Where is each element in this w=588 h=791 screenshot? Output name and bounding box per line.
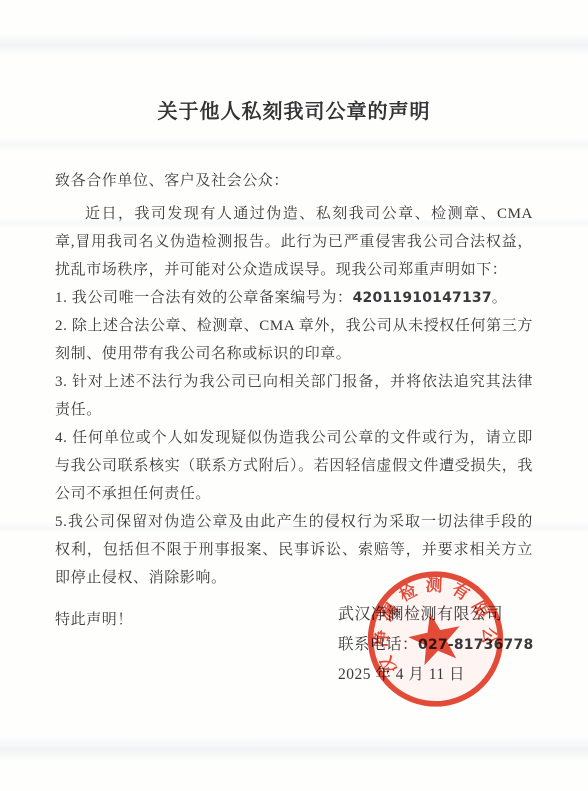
scan-streak bbox=[0, 736, 588, 762]
seal-registration-number: 42011910147137 bbox=[353, 290, 492, 306]
scanned-statement-page: 关于他人私刻我司公章的声明 致各合作单位、客户及社会公众： 近日，我司发现有人通… bbox=[0, 0, 588, 791]
intro-paragraph: 近日，我司发现有人通过伪造、私刻我司公章、检测章、CMA 章,冒用我司名义伪造检… bbox=[55, 200, 533, 284]
salutation-line: 致各合作单位、客户及社会公众： bbox=[55, 167, 533, 195]
phone-label: 联系电话： bbox=[338, 636, 418, 653]
signature-block: 武汉净澜检测有限公司 联系电话：027-81736778 2025 年 4 月 … bbox=[338, 600, 533, 690]
company-name: 武汉净澜检测有限公司 bbox=[338, 600, 533, 630]
clause-4: 4. 任何单位或个人如发现疑似伪造我公司公章的文件或行为，请立即与我公司联系核实… bbox=[55, 424, 533, 508]
clause-5: 5.我公司保留对伪造公章及由此产生的侵权行为采取一切法律手段的权利，包括但不限于… bbox=[55, 508, 533, 592]
clause-1: 1. 我公司唯一合法有效的公章备案编号为：42011910147137。 bbox=[55, 284, 533, 312]
document-body: 关于他人私刻我司公章的声明 致各合作单位、客户及社会公众： 近日，我司发现有人通… bbox=[55, 0, 533, 634]
clause-3: 3. 针对上述不法行为我公司已向相关部门报备，并将依法追究其法律责任。 bbox=[55, 368, 533, 424]
document-title: 关于他人私刻我司公章的声明 bbox=[55, 0, 533, 127]
phone-number: 027-81736778 bbox=[418, 637, 533, 653]
contact-phone-line: 联系电话：027-81736778 bbox=[338, 630, 533, 660]
clause-1-text: 1. 我公司唯一合法有效的公章备案编号为： bbox=[55, 290, 353, 306]
date-line: 2025 年 4 月 11 日 bbox=[338, 660, 533, 690]
clause-1-period: 。 bbox=[492, 290, 508, 306]
clause-2: 2. 除上述合法公章、检测章、CMA 章外，我公司从未授权任何第三方刻制、使用带… bbox=[55, 312, 533, 368]
